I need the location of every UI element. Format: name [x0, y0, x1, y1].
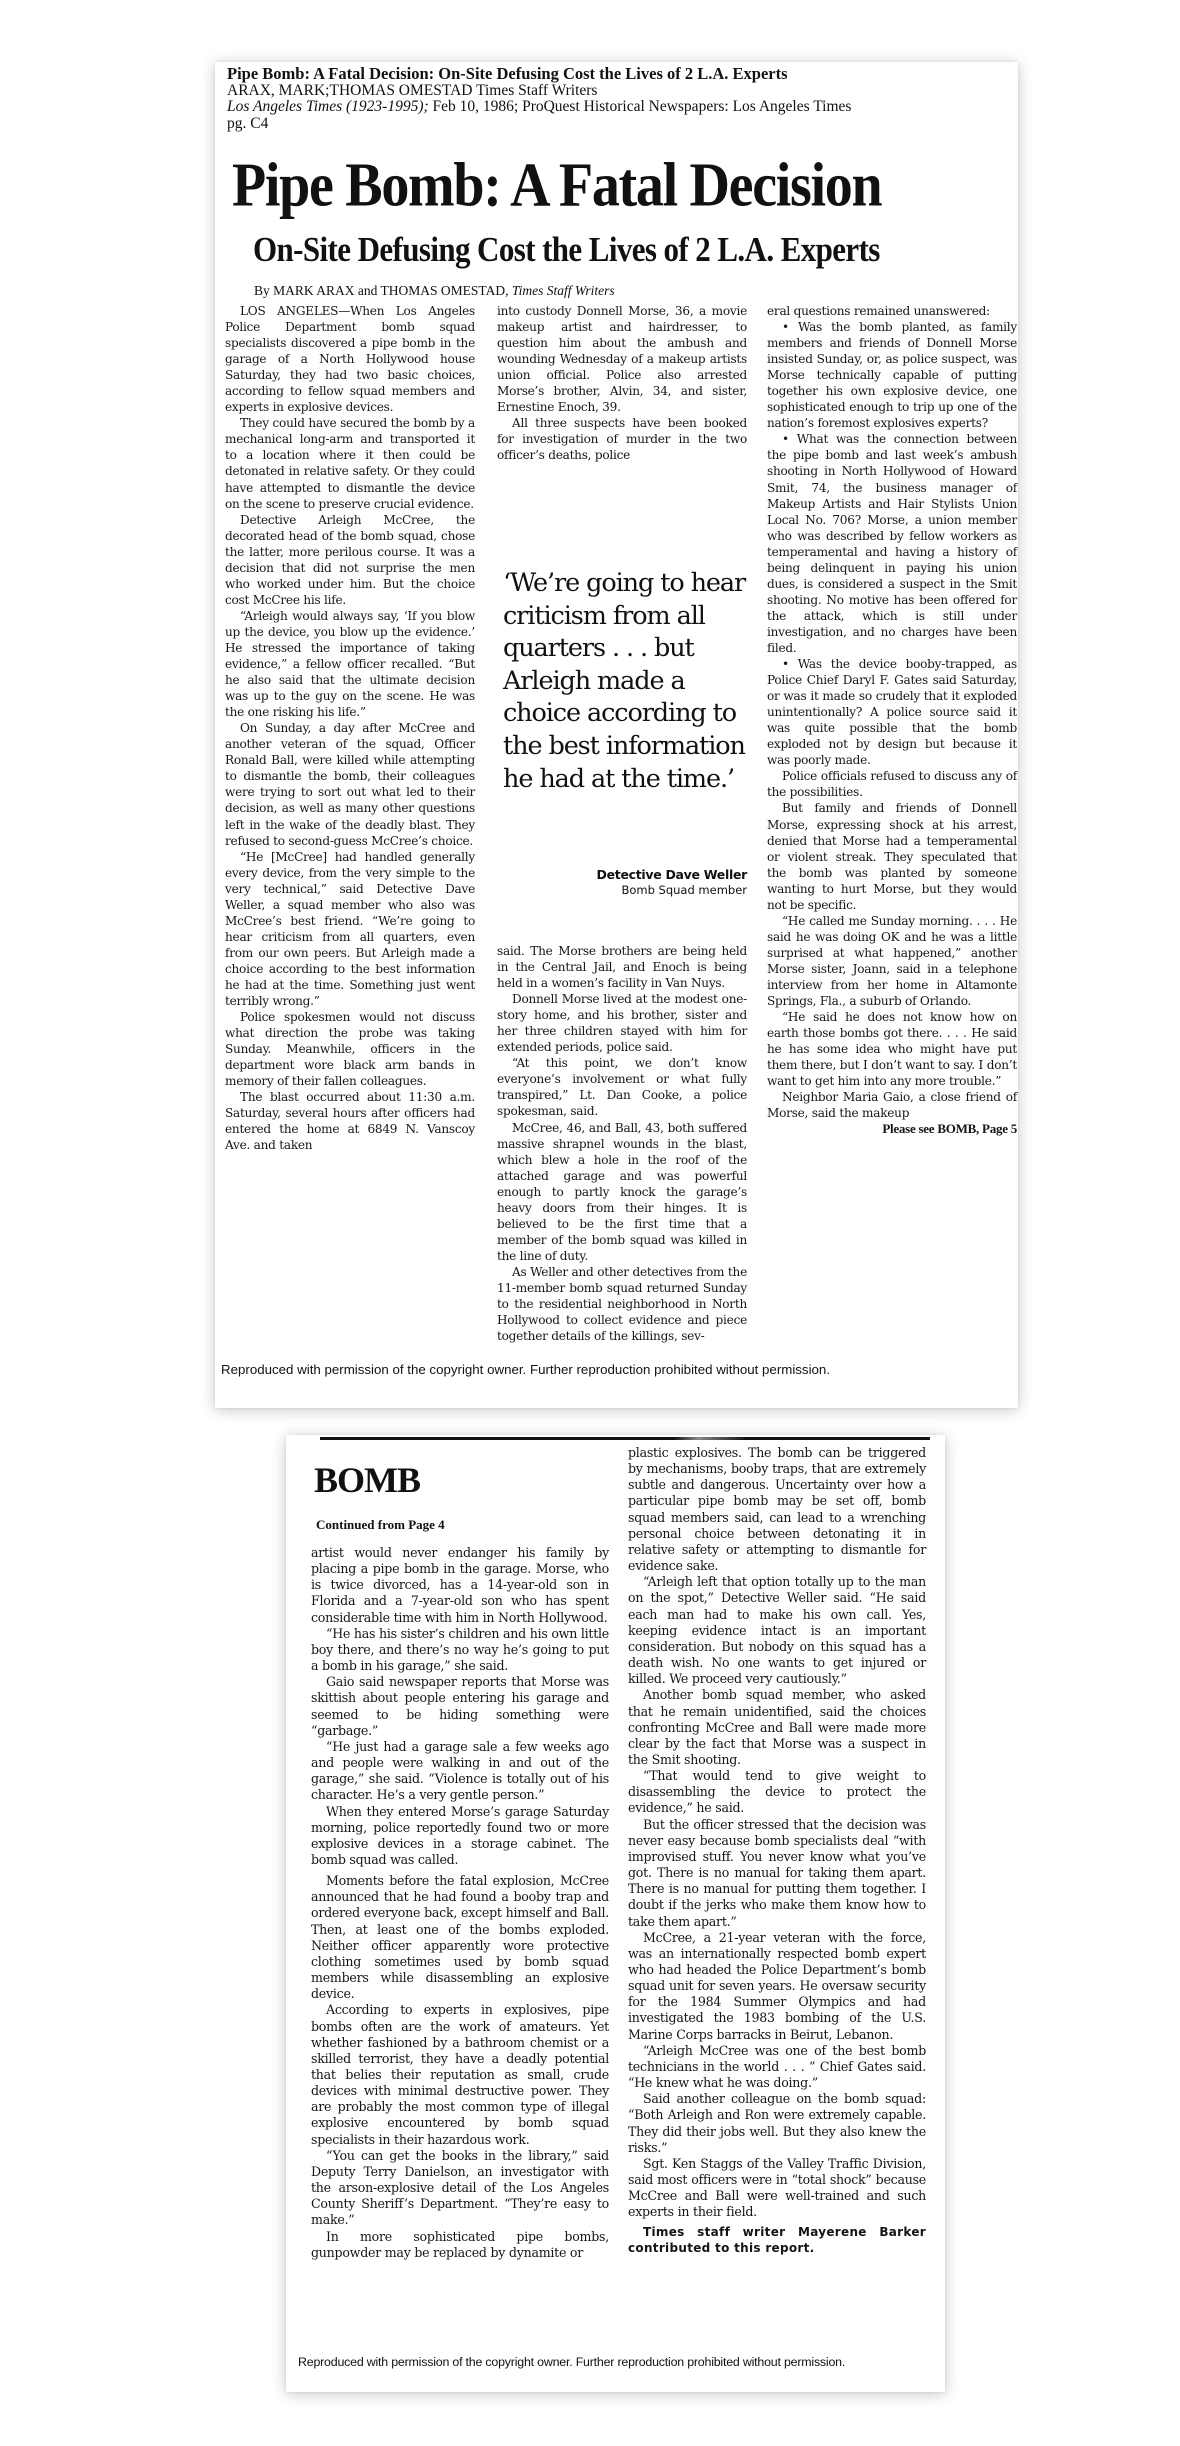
pull-quote: ‘We’re going to hear criticism from all …	[503, 567, 748, 795]
citation-block: Pipe Bomb: A Fatal Decision: On-Site Def…	[227, 66, 851, 132]
permission-notice: Reproduced with permission of the copyri…	[221, 1362, 830, 1377]
bullet-paragraph: • What was the connection between the pi…	[767, 431, 1017, 656]
article-page-2: BOMB Continued from Page 4 artist would …	[286, 1435, 945, 2392]
page1-column-2-bottom: said. The Morse brothers are being held …	[497, 943, 747, 1344]
continued-from-label: Continued from Page 4	[316, 1517, 445, 1533]
citation-source: Los Angeles Times (1923-1995); Feb 10, 1…	[227, 99, 851, 116]
paragraph: Said another colleague on the bomb squad…	[628, 2091, 926, 2156]
page1-column-1: LOS ANGELES—When Los Angeles Police Depa…	[225, 303, 475, 1153]
paragraph: “He called me Sunday morning. . . . He s…	[767, 913, 1017, 1009]
paragraph: Another bomb squad member, who asked tha…	[628, 1687, 926, 1768]
citation-title: Pipe Bomb: A Fatal Decision: On-Site Def…	[227, 66, 851, 83]
citation-authors: ARAX, MARK;THOMAS OMESTAD Times Staff Wr…	[227, 83, 851, 100]
byline: By MARK ARAX and THOMAS OMESTAD, Times S…	[254, 283, 615, 299]
paragraph: eral questions remained unanswered:	[767, 303, 1017, 319]
paragraph: In more sophisticated pipe bombs, gunpow…	[311, 2229, 609, 2261]
paragraph: LOS ANGELES—When Los Angeles Police Depa…	[225, 303, 475, 415]
pull-quote-attribution: Detective Dave Weller Bomb Squad member	[497, 867, 747, 898]
paragraph: said. The Morse brothers are being held …	[497, 943, 747, 991]
paragraph: Detective Arleigh McCree, the decorated …	[225, 512, 475, 608]
paragraph: Neighbor Maria Gaio, a close friend of M…	[767, 1089, 1017, 1121]
paragraph: The blast occurred about 11:30 a.m. Satu…	[225, 1089, 475, 1153]
paragraph: “Arleigh McCree was one of the best bomb…	[628, 2043, 926, 2091]
paragraph: According to experts in explosives, pipe…	[311, 2002, 609, 2147]
paragraph: McCree, 46, and Ball, 43, both suffered …	[497, 1120, 747, 1264]
jump-line: Please see BOMB, Page 5	[767, 1121, 1017, 1137]
paragraph: “Arleigh would always say, ‘If you blow …	[225, 608, 475, 720]
paragraph: “He has his sister’s children and his ow…	[311, 1626, 609, 1674]
paragraph: As Weller and other detectives from the …	[497, 1264, 747, 1344]
paragraph: But family and friends of Donnell Morse,…	[767, 800, 1017, 912]
bullet-paragraph: • Was the bomb planted, as family member…	[767, 319, 1017, 431]
page1-column-2-top: into custody Donnell Morse, 36, a movie …	[497, 303, 747, 463]
paragraph: “You can get the books in the library,” …	[311, 2148, 609, 2229]
paragraph: “That would tend to give weight to disas…	[628, 1768, 926, 1816]
paragraph: “He said he does not know how on earth t…	[767, 1009, 1017, 1089]
paragraph: Police spokesmen would not discuss what …	[225, 1009, 475, 1089]
paragraph: All three suspects have been booked for …	[497, 415, 747, 463]
paragraph: “Arleigh left that option totally up to …	[628, 1574, 926, 1687]
paragraph: Sgt. Ken Staggs of the Valley Traffic Di…	[628, 2156, 926, 2221]
paragraph: “At this point, we don’t know everyone’s…	[497, 1055, 747, 1119]
pull-quote-role: Bomb Squad member	[497, 883, 747, 898]
contributor-credit: Times staff writer Mayerene Barker contr…	[628, 2224, 926, 2256]
continuation-title: BOMB	[314, 1460, 420, 1500]
paragraph: “He just had a garage sale a few weeks a…	[311, 1739, 609, 1804]
top-rule	[320, 1437, 930, 1440]
paragraph: into custody Donnell Morse, 36, a movie …	[497, 303, 747, 415]
paragraph: They could have secured the bomb by a me…	[225, 415, 475, 511]
page2-column-1: artist would never endanger his family b…	[311, 1545, 609, 2261]
permission-notice: Reproduced with permission of the copyri…	[298, 2355, 845, 2369]
paragraph: But the officer stressed that the decisi…	[628, 1817, 926, 1930]
article-page-1: Pipe Bomb: A Fatal Decision: On-Site Def…	[215, 62, 1018, 1408]
page2-column-2: plastic explosives. The bomb can be trig…	[628, 1445, 926, 2256]
subheadline: On-Site Defusing Cost the Lives of 2 L.A…	[253, 232, 880, 268]
citation-page: pg. C4	[227, 116, 851, 133]
paragraph: Gaio said newspaper reports that Morse w…	[311, 1674, 609, 1739]
paragraph: Police officials refused to discuss any …	[767, 768, 1017, 800]
pull-quote-name: Detective Dave Weller	[497, 867, 747, 883]
paragraph: Donnell Morse lived at the modest one-st…	[497, 991, 747, 1055]
paragraph: On Sunday, a day after McCree and anothe…	[225, 720, 475, 848]
paragraph: artist would never endanger his family b…	[311, 1545, 609, 1626]
bullet-paragraph: • Was the device booby-trapped, as Polic…	[767, 656, 1017, 768]
paragraph: When they entered Morse’s garage Saturda…	[311, 1804, 609, 1869]
paragraph: Moments before the fatal explosion, McCr…	[311, 1873, 609, 2002]
paragraph: McCree, a 21-year veteran with the force…	[628, 1930, 926, 2043]
paragraph: plastic explosives. The bomb can be trig…	[628, 1445, 926, 1574]
paragraph: “He [McCree] had handled generally every…	[225, 849, 475, 1009]
page1-column-3: eral questions remained unanswered: • Wa…	[767, 303, 1017, 1137]
headline: Pipe Bomb: A Fatal Decision	[232, 154, 881, 217]
